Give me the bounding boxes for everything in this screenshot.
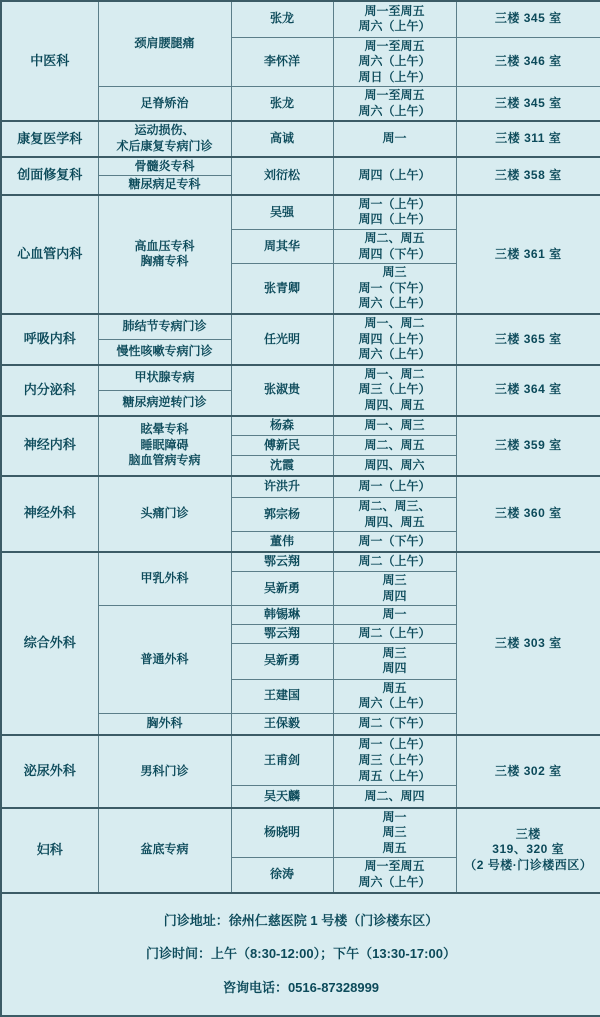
schedule-cell: 周一 (333, 606, 456, 625)
clinic-cell: 运动损伤、 术后康复专病门诊 (98, 121, 231, 156)
schedule-cell: 周二、周五 (333, 436, 456, 456)
footer-hours: 门诊时间：上午（8:30-12:00）；下午（13:30-17:00） (2, 946, 600, 962)
doctor-cell: 鄂云翔 (231, 625, 333, 644)
doctor-cell: 王保毅 (231, 713, 333, 735)
footer-info: 门诊地址：徐州仁慈医院 1 号楼（门诊楼东区） 门诊时间：上午（8:30-12:… (1, 893, 600, 1016)
doctor-cell: 任光明 (231, 314, 333, 365)
schedule-cell: 周一、周二 周四（上午） 周六（上午） (333, 314, 456, 365)
schedule-cell: 周一、周二 周三（上午） 周四、周五 (333, 365, 456, 416)
schedule-cell: 周二（下午） (333, 713, 456, 735)
doctor-cell: 李怀洋 (231, 37, 333, 87)
clinic-cell: 糖尿病足专科 (98, 176, 231, 195)
doctor-cell: 吴天麟 (231, 786, 333, 808)
clinic-cell: 普通外科 (98, 606, 231, 713)
schedule-cell: 周二（上午） (333, 625, 456, 644)
doctor-cell: 徐涛 (231, 858, 333, 893)
room-cell: 三楼 346 室 (456, 37, 600, 87)
schedule-cell: 周三 周四 (333, 572, 456, 606)
department-cell: 心血管内科 (1, 195, 98, 314)
department-cell: 内分泌科 (1, 365, 98, 416)
clinic-cell: 头痛门诊 (98, 476, 231, 552)
schedule-cell: 周一 周三 周五 (333, 808, 456, 858)
schedule-cell: 周二、周三、 周四、周五 (333, 498, 456, 532)
schedule-table: 中医科 颈肩腰腿痛 张龙 周一至周五 周六（上午） 三楼 345 室 李怀洋 周… (0, 0, 600, 1017)
schedule-cell: 周一至周五 周六（上午） (333, 87, 456, 122)
doctor-cell: 王甫剑 (231, 735, 333, 785)
clinic-cell: 胸外科 (98, 713, 231, 735)
schedule-cell: 周一 (333, 121, 456, 156)
footer-address: 门诊地址：徐州仁慈医院 1 号楼（门诊楼东区） (2, 913, 600, 929)
doctor-cell: 许洪升 (231, 476, 333, 498)
clinic-cell: 肺结节专病门诊 (98, 314, 231, 339)
clinic-cell: 骨髓炎专科 (98, 157, 231, 176)
clinic-cell: 男科门诊 (98, 735, 231, 807)
doctor-cell: 傅新民 (231, 436, 333, 456)
room-cell: 三楼 345 室 (456, 1, 600, 37)
doctor-cell: 郭宗杨 (231, 498, 333, 532)
doctor-cell: 张青卿 (231, 264, 333, 314)
room-cell: 三楼 358 室 (456, 157, 600, 195)
schedule-cell: 周二（上午） (333, 552, 456, 572)
schedule-cell: 周三 周一（下午） 周六（上午） (333, 264, 456, 314)
schedule-cell: 周一、周三 (333, 416, 456, 436)
department-cell: 中医科 (1, 1, 98, 121)
schedule-cell: 周一至周五 周六（上午） (333, 1, 456, 37)
department-cell: 呼吸内科 (1, 314, 98, 365)
clinic-cell: 糖尿病逆转门诊 (98, 390, 231, 415)
clinic-cell: 盆底专病 (98, 808, 231, 893)
doctor-cell: 周其华 (231, 230, 333, 264)
room-cell: 三楼 303 室 (456, 552, 600, 736)
room-cell: 三楼 360 室 (456, 476, 600, 552)
clinic-cell: 足脊矫治 (98, 87, 231, 122)
doctor-cell: 吴新勇 (231, 572, 333, 606)
doctor-cell: 董伟 (231, 532, 333, 552)
room-cell: 三楼 319、320 室 （2 号楼·门诊楼西区） (456, 808, 600, 893)
schedule-cell: 周一（上午） (333, 476, 456, 498)
room-cell: 三楼 364 室 (456, 365, 600, 416)
department-cell: 康复医学科 (1, 121, 98, 156)
doctor-cell: 韩锡琳 (231, 606, 333, 625)
footer-phone: 咨询电话：0516-87328999 (2, 980, 600, 996)
clinic-cell: 慢性咳嗽专病门诊 (98, 339, 231, 364)
schedule-cell: 周一（下午） (333, 532, 456, 552)
room-cell: 三楼 361 室 (456, 195, 600, 314)
department-cell: 神经内科 (1, 416, 98, 476)
clinic-cell: 眩晕专科 睡眠障碍 脑血管病专病 (98, 416, 231, 476)
schedule-cell: 周一至周五 周六（上午） (333, 858, 456, 893)
department-cell: 神经外科 (1, 476, 98, 552)
doctor-cell: 杨晓明 (231, 808, 333, 858)
schedule-cell: 周三 周四 (333, 643, 456, 679)
schedule-cell: 周五 周六（上午） (333, 679, 456, 713)
doctor-cell: 张龙 (231, 87, 333, 122)
clinic-cell: 甲乳外科 (98, 552, 231, 606)
schedule-cell: 周二、周四 (333, 786, 456, 808)
room-cell: 三楼 359 室 (456, 416, 600, 476)
doctor-cell: 鄂云翔 (231, 552, 333, 572)
department-cell: 泌尿外科 (1, 735, 98, 807)
schedule-cell: 周一至周五 周六（上午） 周日（上午） (333, 37, 456, 87)
clinic-cell: 颈肩腰腿痛 (98, 1, 231, 87)
doctor-cell: 吴新勇 (231, 643, 333, 679)
schedule-cell: 周二、周五 周四（下午） (333, 230, 456, 264)
doctor-cell: 高诚 (231, 121, 333, 156)
department-cell: 创面修复科 (1, 157, 98, 195)
doctor-cell: 刘衍松 (231, 157, 333, 195)
department-cell: 妇科 (1, 808, 98, 893)
doctor-cell: 王建国 (231, 679, 333, 713)
doctor-cell: 杨森 (231, 416, 333, 436)
doctor-cell: 张龙 (231, 1, 333, 37)
room-cell: 三楼 311 室 (456, 121, 600, 156)
schedule-cell: 周四、周六 (333, 456, 456, 476)
schedule-cell: 周一（上午） 周四（上午） (333, 195, 456, 230)
department-cell: 综合外科 (1, 552, 98, 736)
clinic-cell: 甲状腺专病 (98, 365, 231, 390)
room-cell: 三楼 345 室 (456, 87, 600, 122)
clinic-cell: 高血压专科 胸痛专科 (98, 195, 231, 314)
doctor-cell: 沈霞 (231, 456, 333, 476)
room-cell: 三楼 302 室 (456, 735, 600, 807)
doctor-cell: 张淑贵 (231, 365, 333, 416)
doctor-cell: 吴强 (231, 195, 333, 230)
room-cell: 三楼 365 室 (456, 314, 600, 365)
schedule-cell: 周四（上午） (333, 157, 456, 195)
schedule-cell: 周一（上午） 周三（上午） 周五（上午） (333, 735, 456, 785)
